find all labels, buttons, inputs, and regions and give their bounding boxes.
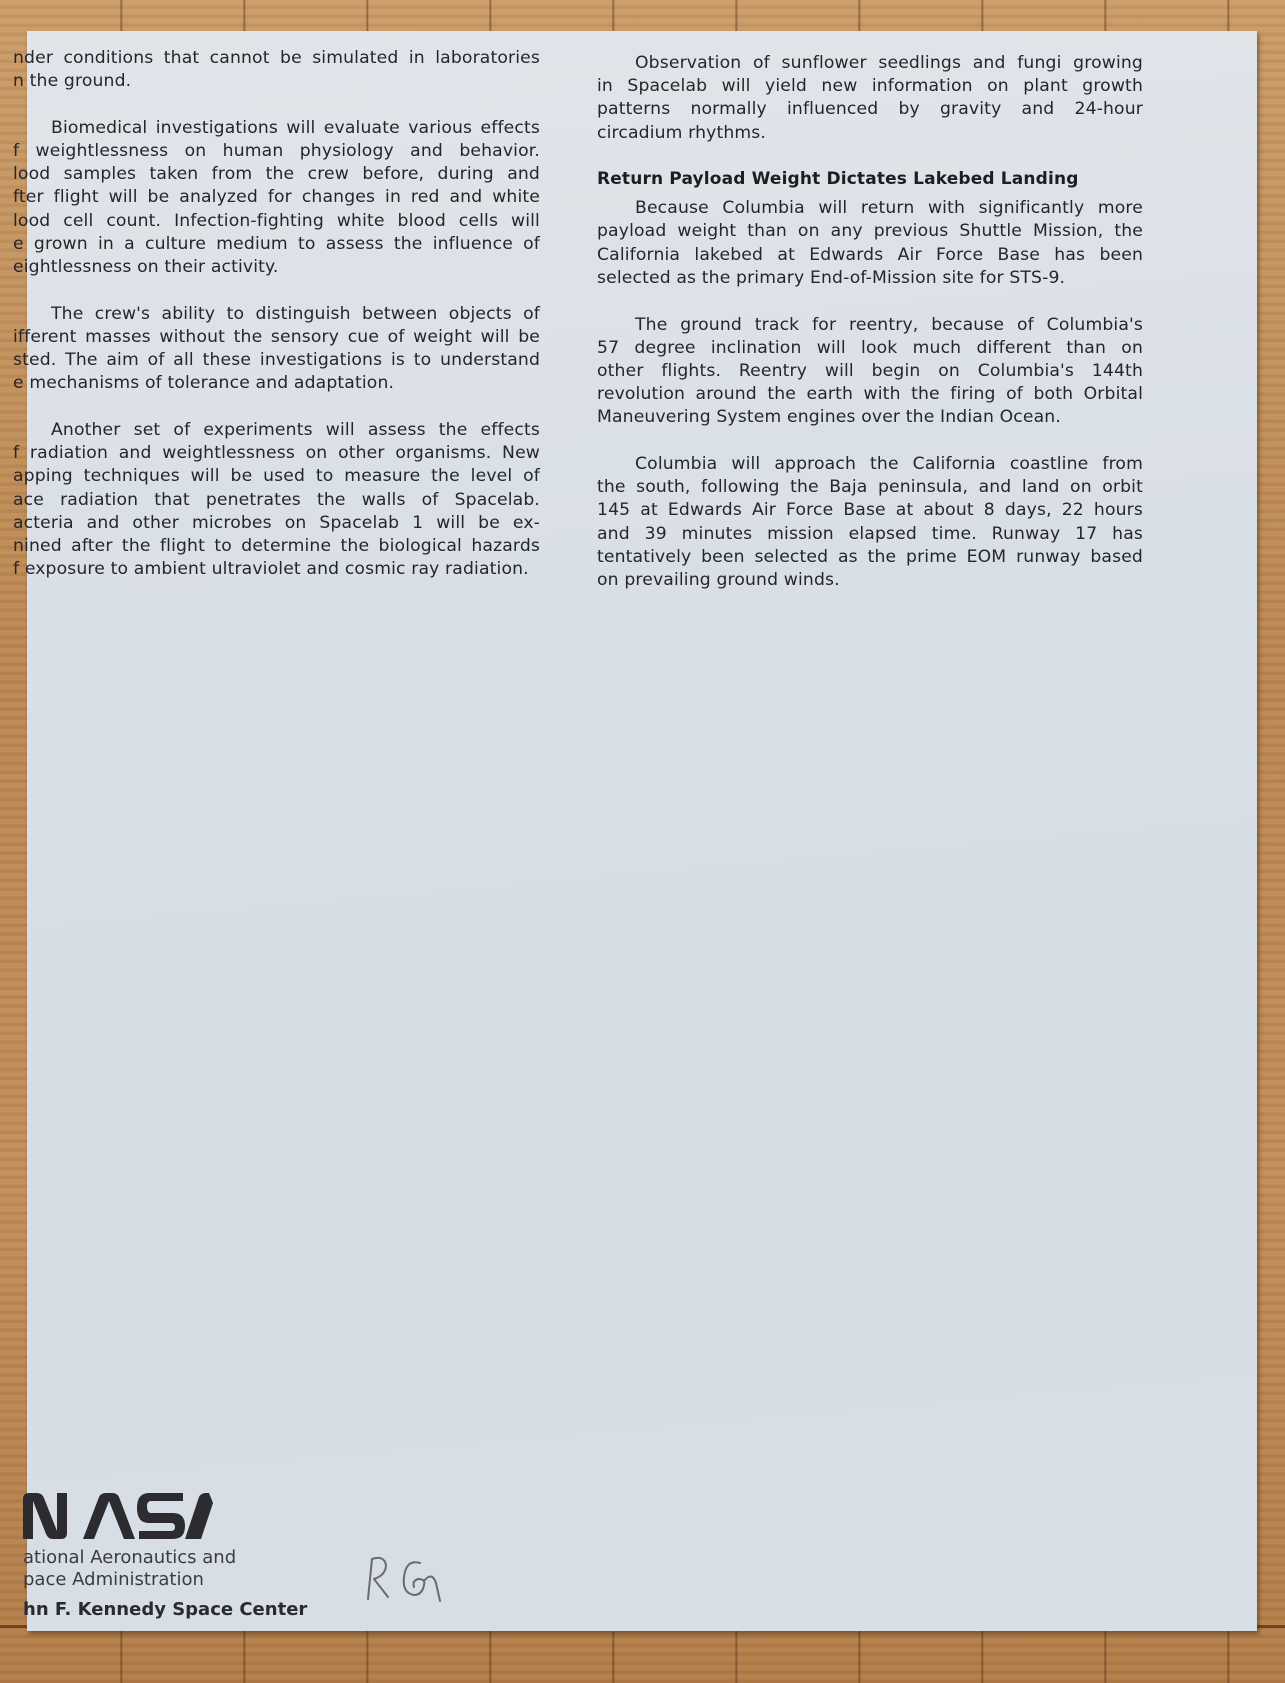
text-line: Because Columbia will return with signif… bbox=[597, 197, 1143, 220]
text-line: sted. The aim of all these investigation… bbox=[13, 349, 540, 372]
left-column: nder conditions that cannot be simulated… bbox=[13, 47, 540, 605]
intro-paragraph: Observation of sunflower seedlings and f… bbox=[597, 52, 1143, 145]
text-line: n the ground. bbox=[13, 70, 540, 93]
text-line: ace radiation that penetrates the walls … bbox=[13, 489, 540, 512]
text-line: 145 at Edwards Air Force Base at about 8… bbox=[597, 499, 1143, 522]
agency-line-2: pace Administration bbox=[23, 1569, 236, 1591]
text-line: in Spacelab will yield new information o… bbox=[597, 75, 1143, 98]
text-line: 57 degree inclination will look much dif… bbox=[597, 337, 1143, 360]
text-line: patterns normally influenced by gravity … bbox=[597, 98, 1143, 121]
text-line: fter flight will be analyzed for changes… bbox=[13, 186, 540, 209]
text-line: nined after the flight to determine the … bbox=[13, 535, 540, 558]
text-line: nder conditions that cannot be simulated… bbox=[13, 47, 540, 70]
center-name: hn F. Kennedy Space Center bbox=[23, 1599, 307, 1620]
text-line: Another set of experiments will assess t… bbox=[13, 419, 540, 442]
text-line: The crew's ability to distinguish betwee… bbox=[13, 303, 540, 326]
paragraph: Columbia will approach the California co… bbox=[597, 453, 1143, 592]
document-page: nder conditions that cannot be simulated… bbox=[27, 31, 1257, 1631]
paragraph: Biomedical investigations will evaluate … bbox=[13, 117, 540, 279]
nasa-worm-logo-icon bbox=[23, 1491, 213, 1541]
agency-line-1: ational Aeronautics and bbox=[23, 1547, 236, 1569]
section-heading: Return Payload Weight Dictates Lakebed L… bbox=[597, 168, 1143, 191]
text-line: acteria and other microbes on Spacelab 1… bbox=[13, 512, 540, 535]
text-line: California lakebed at Edwards Air Force … bbox=[597, 244, 1143, 267]
text-line: Observation of sunflower seedlings and f… bbox=[597, 52, 1143, 75]
text-line: eightlessness on their activity. bbox=[13, 256, 540, 279]
paragraph: Another set of experiments will assess t… bbox=[13, 419, 540, 581]
text-line: f exposure to ambient ultraviolet and co… bbox=[13, 558, 540, 581]
text-line: and 39 minutes mission elapsed time. Run… bbox=[597, 523, 1143, 546]
handwritten-initials-icon bbox=[362, 1551, 452, 1611]
text-line: f radiation and weightlessness on other … bbox=[13, 442, 540, 465]
text-line: Biomedical investigations will evaluate … bbox=[13, 117, 540, 140]
text-line: e mechanisms of tolerance and adaptation… bbox=[13, 372, 540, 395]
text-line: selected as the primary End-of-Mission s… bbox=[597, 267, 1143, 290]
text-line: f weightlessness on human physiology and… bbox=[13, 140, 540, 163]
text-line: lood cell count. Infection-fighting whit… bbox=[13, 210, 540, 233]
text-line: Columbia will approach the California co… bbox=[597, 453, 1143, 476]
text-line: the south, following the Baja peninsula,… bbox=[597, 476, 1143, 499]
text-line: circadium rhythms. bbox=[597, 122, 1143, 145]
text-line: The ground track for reentry, because of… bbox=[597, 314, 1143, 337]
right-paragraphs: Because Columbia will return with signif… bbox=[597, 197, 1143, 592]
right-column: Observation of sunflower seedlings and f… bbox=[597, 52, 1143, 616]
agency-name: ational Aeronautics and pace Administrat… bbox=[23, 1547, 236, 1591]
text-line: payload weight than on any previous Shut… bbox=[597, 220, 1143, 243]
text-line: apping techniques will be used to measur… bbox=[13, 465, 540, 488]
text-line: Maneuvering System engines over the Indi… bbox=[597, 406, 1143, 429]
text-line: other flights. Reentry will begin on Col… bbox=[597, 360, 1143, 383]
paragraph: Because Columbia will return with signif… bbox=[597, 197, 1143, 290]
text-line: tentatively been selected as the prime E… bbox=[597, 546, 1143, 569]
text-line: e grown in a culture medium to assess th… bbox=[13, 233, 540, 256]
text-line: on prevailing ground winds. bbox=[597, 569, 1143, 592]
paragraph: nder conditions that cannot be simulated… bbox=[13, 47, 540, 93]
paragraph: The crew's ability to distinguish betwee… bbox=[13, 303, 540, 396]
paragraph: The ground track for reentry, because of… bbox=[597, 314, 1143, 430]
text-line: lood samples taken from the crew before,… bbox=[13, 163, 540, 186]
text-line: revolution around the earth with the fir… bbox=[597, 383, 1143, 406]
text-line: ifferent masses without the sensory cue … bbox=[13, 326, 540, 349]
